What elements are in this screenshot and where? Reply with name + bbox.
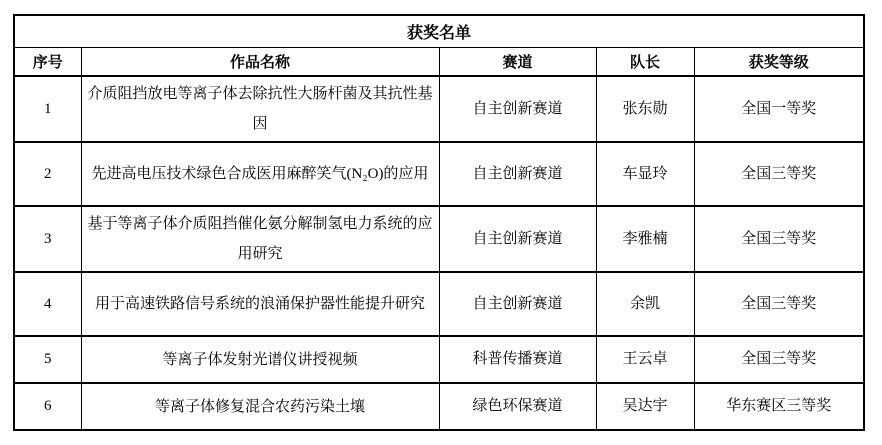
header-leader: 队长 — [596, 47, 694, 76]
table-row: 2 先进高电压技术绿色合成医用麻醉笑气(N₂O)的应用 自主创新赛道 车显玲 全… — [14, 142, 864, 206]
cell-award-level: 全国一等奖 — [694, 76, 864, 142]
cell-no: 6 — [14, 383, 81, 430]
cell-track: 自主创新赛道 — [439, 142, 596, 206]
cell-work-name: 先进高电压技术绿色合成医用麻醉笑气(N₂O)的应用 — [81, 142, 439, 206]
document-page: 获奖名单 序号 作品名称 赛道 队长 获奖等级 1 介质阻挡放电等离子体去除抗性… — [0, 0, 882, 431]
cell-no: 2 — [14, 142, 81, 206]
cell-leader: 余凯 — [596, 272, 694, 336]
table-row: 3 基于等离子体介质阻挡催化氨分解制氢电力系统的应用研究 自主创新赛道 李雅楠 … — [14, 206, 864, 272]
header-work-name: 作品名称 — [81, 47, 439, 76]
cell-work-name: 基于等离子体介质阻挡催化氨分解制氢电力系统的应用研究 — [81, 206, 439, 272]
cell-track: 科普传播赛道 — [439, 336, 596, 383]
table-row: 4 用于高速铁路信号系统的浪涌保护器性能提升研究 自主创新赛道 余凯 全国三等奖 — [14, 272, 864, 336]
header-award-level: 获奖等级 — [694, 47, 864, 76]
header-no: 序号 — [14, 47, 81, 76]
table-row: 5 等离子体发射光谱仪讲授视频 科普传播赛道 王云卓 全国三等奖 — [14, 336, 864, 383]
table-row: 6 等离子体修复混合农药污染土壤 绿色环保赛道 吴达宇 华东赛区三等奖 — [14, 383, 864, 430]
table-header-row: 序号 作品名称 赛道 队长 获奖等级 — [14, 47, 864, 76]
cell-award-level: 全国三等奖 — [694, 206, 864, 272]
cell-leader: 张东勋 — [596, 76, 694, 142]
table-row: 1 介质阻挡放电等离子体去除抗性大肠杆菌及其抗性基因 自主创新赛道 张东勋 全国… — [14, 76, 864, 142]
cell-work-name: 用于高速铁路信号系统的浪涌保护器性能提升研究 — [81, 272, 439, 336]
cell-no: 1 — [14, 76, 81, 142]
cell-leader: 车显玲 — [596, 142, 694, 206]
cell-no: 5 — [14, 336, 81, 383]
cell-award-level: 华东赛区三等奖 — [694, 383, 864, 430]
cell-track: 绿色环保赛道 — [439, 383, 596, 430]
cell-work-name: 等离子体发射光谱仪讲授视频 — [81, 336, 439, 383]
cell-work-name: 介质阻挡放电等离子体去除抗性大肠杆菌及其抗性基因 — [81, 76, 439, 142]
header-track: 赛道 — [439, 47, 596, 76]
table-title-row: 获奖名单 — [14, 15, 864, 47]
cell-track: 自主创新赛道 — [439, 76, 596, 142]
cell-no: 3 — [14, 206, 81, 272]
cell-work-name: 等离子体修复混合农药污染土壤 — [81, 383, 439, 430]
cell-award-level: 全国三等奖 — [694, 142, 864, 206]
cell-award-level: 全国三等奖 — [694, 336, 864, 383]
cell-track: 自主创新赛道 — [439, 272, 596, 336]
table-title: 获奖名单 — [14, 15, 864, 47]
cell-leader: 李雅楠 — [596, 206, 694, 272]
cell-leader: 吴达宇 — [596, 383, 694, 430]
awards-table: 获奖名单 序号 作品名称 赛道 队长 获奖等级 1 介质阻挡放电等离子体去除抗性… — [13, 14, 865, 431]
cell-track: 自主创新赛道 — [439, 206, 596, 272]
cell-leader: 王云卓 — [596, 336, 694, 383]
cell-award-level: 全国三等奖 — [694, 272, 864, 336]
cell-no: 4 — [14, 272, 81, 336]
